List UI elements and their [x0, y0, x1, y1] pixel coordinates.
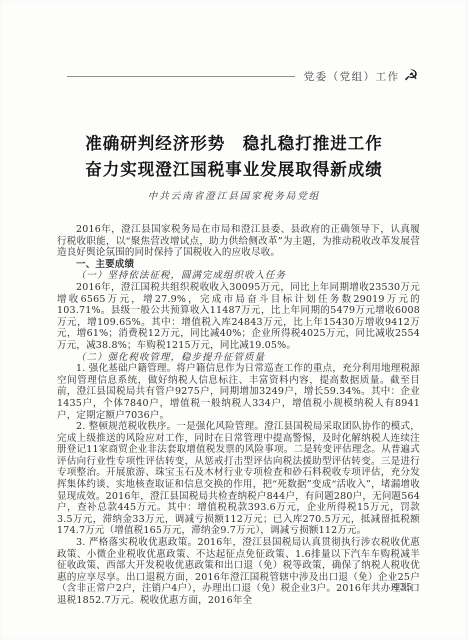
section-label: 党委（党组）工作: [304, 69, 400, 84]
article-title-line2: 奋力实现澄江国税事业发展取得新成绩: [40, 157, 428, 183]
page-number: 435: [393, 582, 413, 593]
body-paragraph: 2016年，澄江国税共组织税收收入30095万元，同比上年同期增收23530万元…: [57, 282, 420, 352]
subsection-heading: （二）强化税收管理，稳步提升征管质量: [57, 352, 420, 364]
body-paragraph: 2. 整顿规范税收秩序。一是强化风险管理。澄江县国税局采取团队协作的模式，完成上…: [57, 421, 420, 537]
article-body: 2016年，澄江县国家税务局在市局和澄江县委、县政府的正确领导下，认真履行税收职…: [57, 224, 420, 607]
header-rule: [67, 76, 295, 77]
byline: 中共云南省澄江县国家税务局党组: [40, 188, 428, 202]
subsection-heading: （一）坚持依法征税，圆满完成组织收入任务: [57, 270, 420, 282]
running-head: 党委（党组）工作 ☭: [67, 66, 418, 86]
party-emblem-icon: ☭: [403, 67, 419, 85]
body-paragraph: 2016年，澄江县国家税务局在市局和澄江县委、县政府的正确领导下，认真履行税收职…: [57, 224, 420, 259]
article-title-line1: 准确研判经济形势 稳扎稳打推进工作: [40, 131, 428, 157]
section-heading: 一、主要成绩: [57, 259, 420, 271]
article-title: 准确研判经济形势 稳扎稳打推进工作 奋力实现澄江国税事业发展取得新成绩: [40, 131, 428, 183]
body-paragraph: 1. 强化基础户籍管理。将户籍信息作为日常巡查工作的重点，充分利用地理税源空间管…: [57, 363, 420, 421]
body-paragraph: 3. 严格落实税收优惠政策。2016年，澄江县国税局认真贯彻执行涉农税收优惠政策…: [57, 537, 420, 607]
document-page: 党委（党组）工作 ☭ 准确研判经济形势 稳扎稳打推进工作 奋力实现澄江国税事业发…: [0, 0, 468, 640]
